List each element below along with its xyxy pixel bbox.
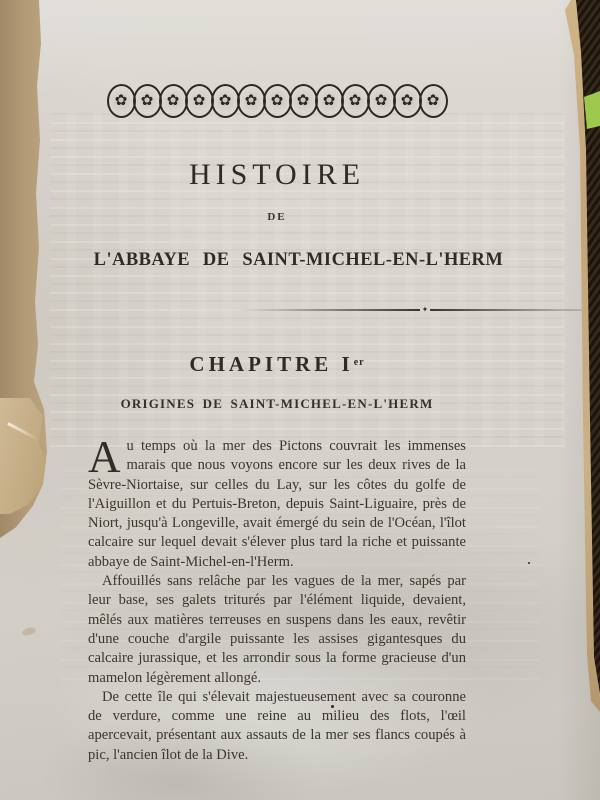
paper-stain xyxy=(21,626,36,636)
rosette-ornament-icon: ✿ xyxy=(211,84,240,118)
ink-speck xyxy=(528,562,530,564)
rosette-ornament-icon: ✿ xyxy=(185,84,214,118)
paragraph-1: Au temps où la mer des Pictons couvrait … xyxy=(88,437,466,572)
rosette-ornament-icon: ✿ xyxy=(393,84,422,118)
paragraph-3: De cette île qui s'élevait majestueuseme… xyxy=(88,688,466,765)
section-divider: ✦ xyxy=(236,306,600,314)
title-connector: DE xyxy=(88,211,466,223)
page-subtitle: L'ABBAYE DE SAINT-MICHEL-EN-L'HERM xyxy=(94,249,461,271)
rosette-ornament-icon: ✿ xyxy=(133,84,162,118)
rosette-ornament-icon: ✿ xyxy=(107,84,136,118)
divider-rule-left xyxy=(236,309,420,311)
ink-speck xyxy=(331,705,334,708)
rosette-ornament-icon: ✿ xyxy=(263,84,292,118)
divider-rule-right xyxy=(430,309,600,311)
rosette-ornament-icon: ✿ xyxy=(367,84,396,118)
rosette-ornament-icon: ✿ xyxy=(289,84,318,118)
body-text: Au temps où la mer des Pictons couvrait … xyxy=(88,437,466,765)
book-page: ✿✿✿✿✿✿✿✿✿✿✿✿✿ HISTOIRE DE L'ABBAYE DE SA… xyxy=(0,0,600,800)
book-photo: ✿✿✿✿✿✿✿✿✿✿✿✿✿ HISTOIRE DE L'ABBAYE DE SA… xyxy=(0,0,600,800)
ornament-band: ✿✿✿✿✿✿✿✿✿✿✿✿✿ xyxy=(88,84,466,118)
paragraph-2: Affouillés sans relâche par les vagues d… xyxy=(88,572,466,688)
rosette-ornament-icon: ✿ xyxy=(419,84,448,118)
chapter-label: CHAPITRE I xyxy=(189,352,353,376)
drop-cap: A xyxy=(88,437,127,475)
chapter-heading: CHAPITRE Ier xyxy=(88,352,466,377)
chapter-ordinal-suffix: er xyxy=(354,357,365,368)
rosette-ornament-icon: ✿ xyxy=(315,84,344,118)
divider-ornament-icon: ✦ xyxy=(420,306,431,314)
rosette-ornament-icon: ✿ xyxy=(341,84,370,118)
section-heading: ORIGINES DE SAINT-MICHEL-EN-L'HERM xyxy=(88,396,466,412)
paragraph-1-text: u temps où la mer des Pictons couvrait l… xyxy=(88,438,466,570)
rosette-ornament-icon: ✿ xyxy=(159,84,188,118)
rosette-ornament-icon: ✿ xyxy=(237,84,266,118)
page-title: HISTOIRE xyxy=(88,158,466,192)
